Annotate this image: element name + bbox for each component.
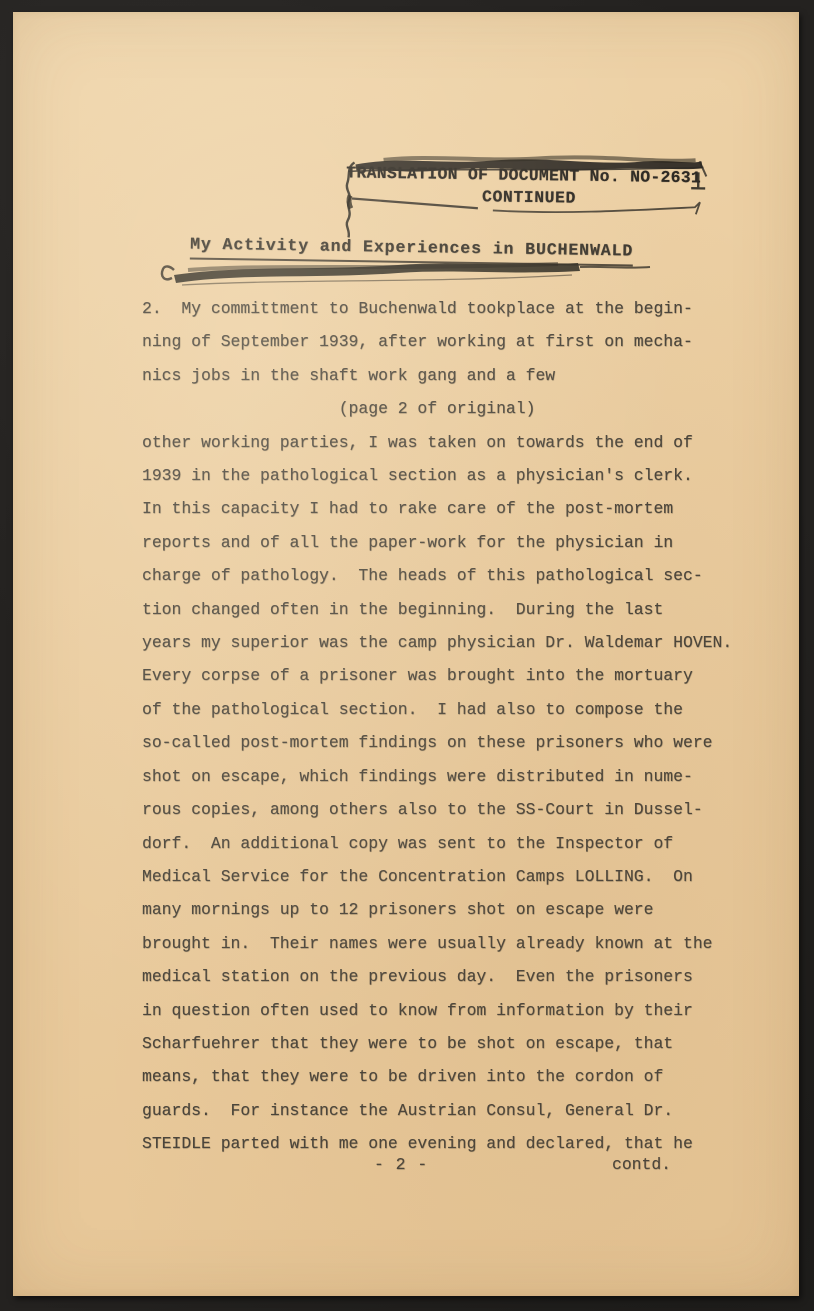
document-page: TRANSLATION OF DOCUMENT No. NO-2631 CONT… [13,12,799,1296]
translation-stamp: TRANSLATION OF DOCUMENT No. NO-2631 CONT… [342,150,723,250]
title-underline-scribble [158,254,658,294]
page-footer: - 2 - contd. [142,1155,722,1189]
scan-background: TRANSLATION OF DOCUMENT No. NO-2631 CONT… [0,0,814,1311]
contd-label: contd. [612,1155,671,1174]
page-number: - 2 - [374,1155,428,1174]
document-body: 2. My committment to Buchenwald tookplac… [142,292,762,1161]
